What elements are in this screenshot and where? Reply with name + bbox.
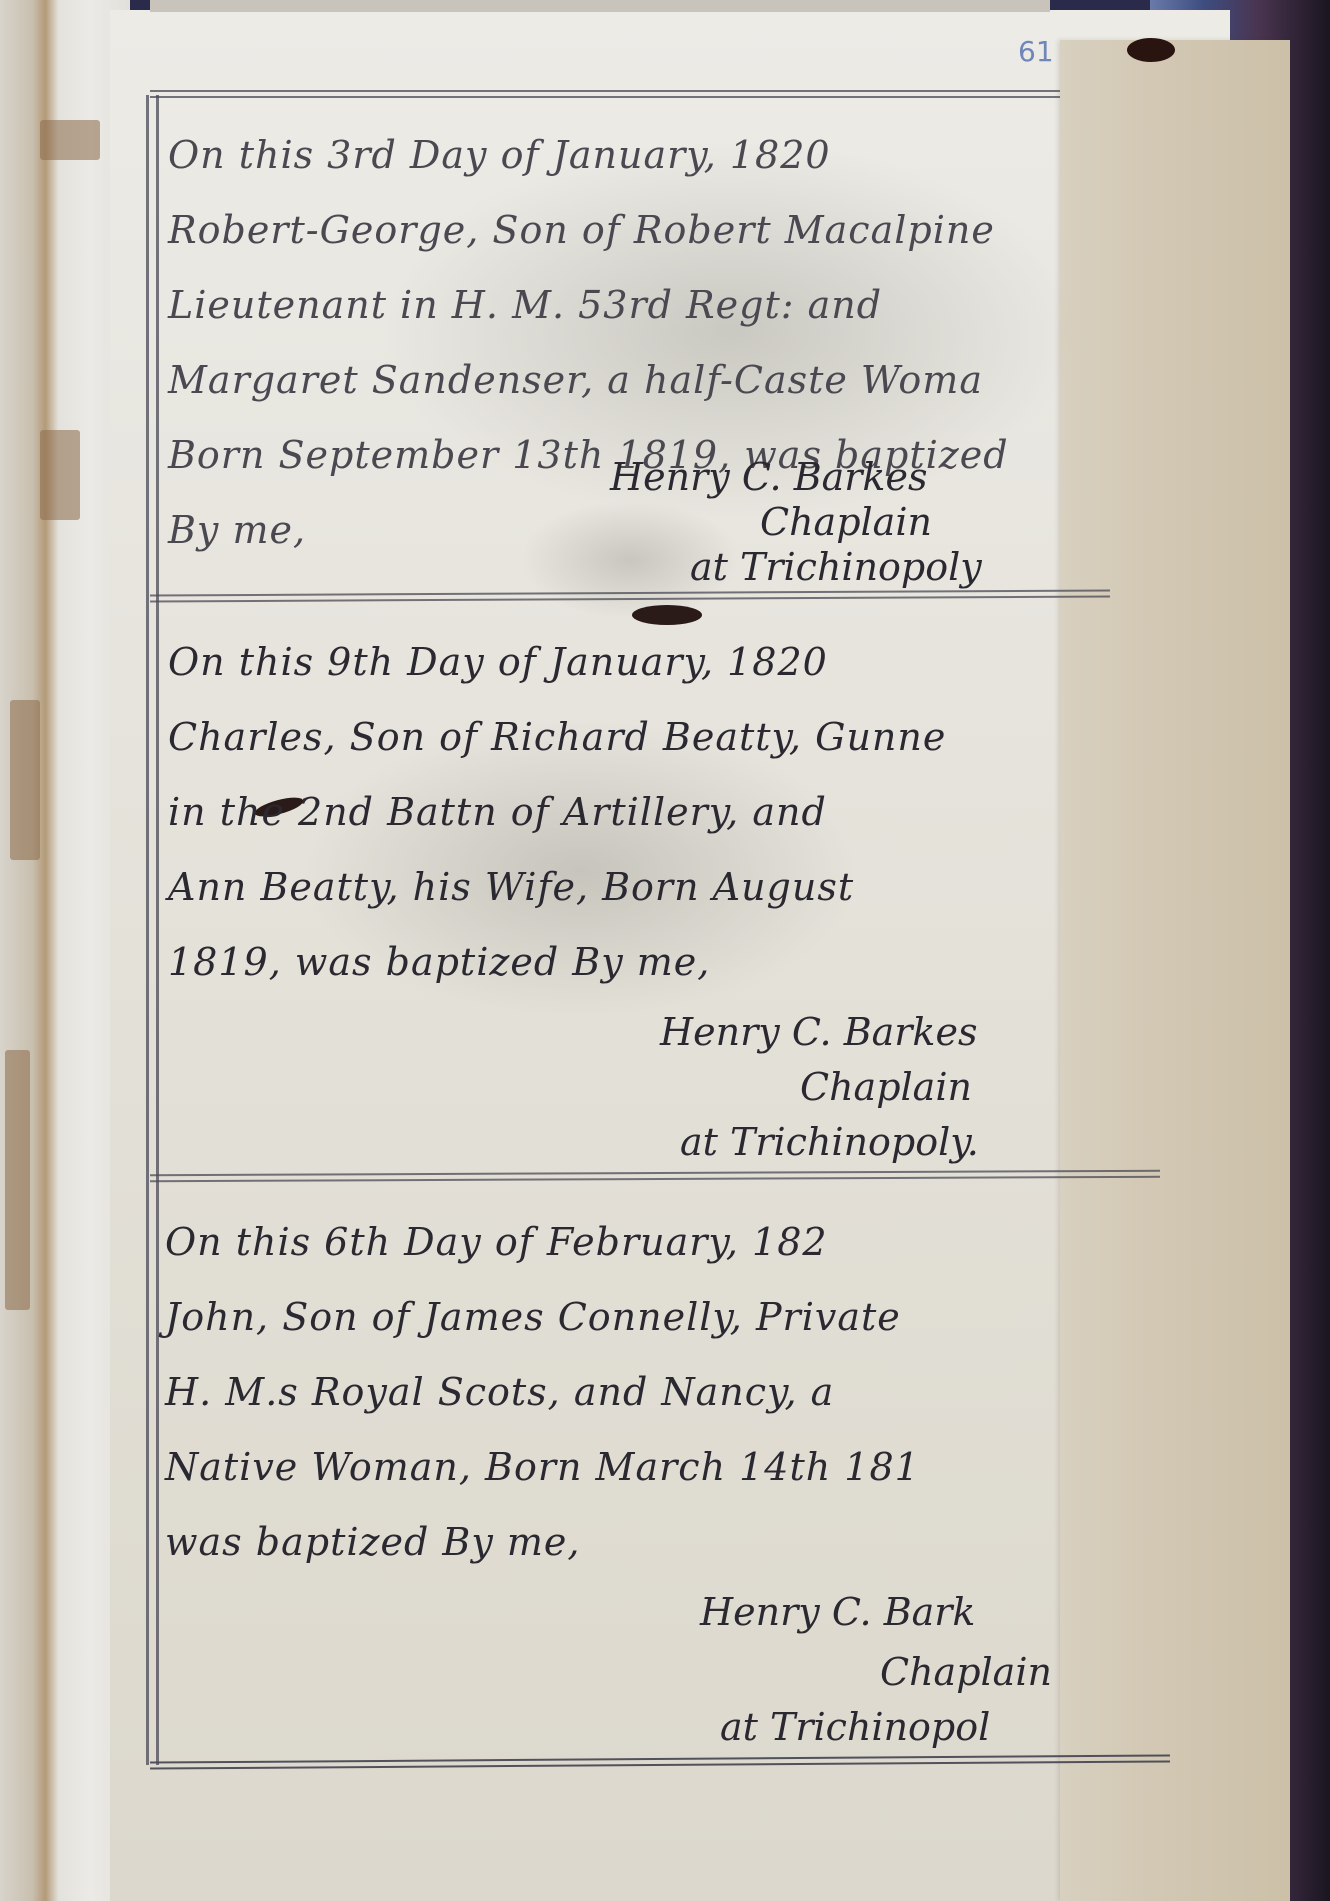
page-top-edge <box>150 0 1050 12</box>
entry-line: Margaret Sandenser, a half-Caste Woma <box>168 343 1128 418</box>
baptism-entry-3: On this 6th Day of February, 182 John, S… <box>165 1205 1125 1580</box>
entry-line: Charles, Son of Richard Beatty, Gunne <box>168 700 1128 775</box>
entry-line: John, Son of James Connelly, Private <box>165 1280 1125 1355</box>
frame-top-border <box>150 90 1060 98</box>
entry-line: H. M.s Royal Scots, and Nancy, a <box>165 1355 1125 1430</box>
signature-location: at Trichinopol <box>720 1705 990 1749</box>
signature-name: Henry C. Barkes <box>610 455 927 499</box>
entry-line: in the 2nd Battn of Artillery, and <box>168 775 1128 850</box>
entry-line: On this 9th Day of January, 1820 <box>168 625 1128 700</box>
tear-mark <box>10 700 40 860</box>
signature-title: Chaplain <box>880 1650 1052 1694</box>
entry-line: On this 3rd Day of January, 1820 <box>168 118 1128 193</box>
entry-line: Lieutenant in H. M. 53rd Regt: and <box>168 268 1128 343</box>
entry-line: Ann Beatty, his Wife, Born August <box>168 850 1128 925</box>
ink-blot <box>632 605 702 625</box>
entry-line: On this 6th Day of February, 182 <box>165 1205 1125 1280</box>
frame-left-border-inner <box>156 95 159 1765</box>
tear-mark <box>40 430 80 520</box>
page-number: 61 <box>1018 35 1054 68</box>
paper-hole <box>1127 38 1175 62</box>
entry-line: was baptized By me, <box>165 1505 1125 1580</box>
signature-name: Henry C. Bark <box>700 1590 975 1634</box>
entry-line: Robert-George, Son of Robert Macalpine <box>168 193 1128 268</box>
frame-left-border <box>146 95 149 1765</box>
tear-mark <box>40 120 100 160</box>
signature-name: Henry C. Barkes <box>660 1010 977 1054</box>
signature-title: Chaplain <box>800 1065 972 1109</box>
entry-line: Native Woman, Born March 14th 181 <box>165 1430 1125 1505</box>
signature-location: at Trichinopoly <box>690 545 982 589</box>
baptism-entry-2: On this 9th Day of January, 1820 Charles… <box>168 625 1128 1000</box>
baptism-entry-1: On this 3rd Day of January, 1820 Robert-… <box>168 118 1128 568</box>
entry-line: 1819, was baptized By me, <box>168 925 1128 1000</box>
signature-location: at Trichinopoly. <box>680 1120 979 1164</box>
signature-title: Chaplain <box>760 500 932 544</box>
entry-line: By me, <box>168 493 1128 568</box>
tear-mark <box>5 1050 30 1310</box>
